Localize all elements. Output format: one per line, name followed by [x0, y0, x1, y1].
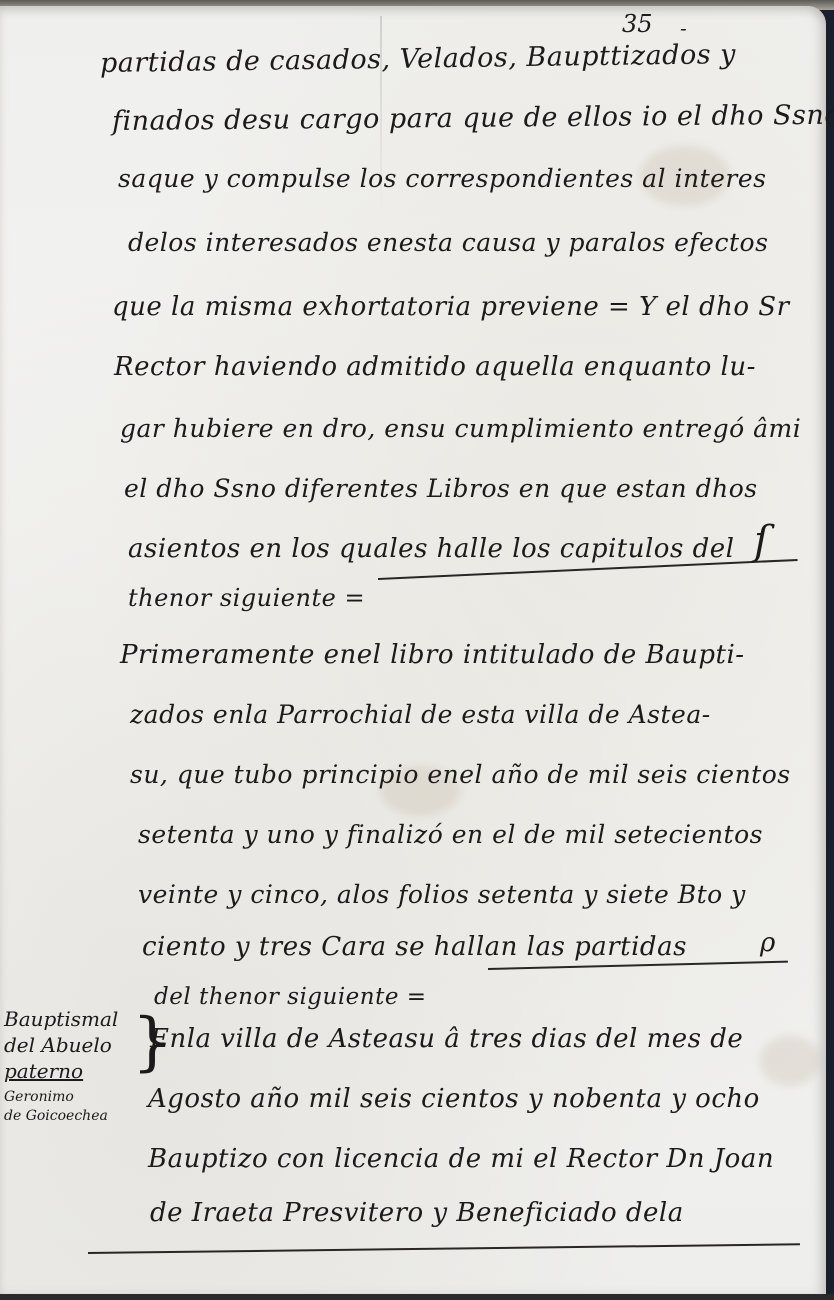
text-line-7: gar hubiere en dro, ensu cumplimiento en…	[120, 414, 801, 443]
page-bottom-edge	[0, 1294, 834, 1300]
text-line-11: Primeramente enel libro intitulado de Ba…	[120, 640, 745, 670]
text-line-14: setenta y uno y finalizó en el de mil se…	[138, 820, 763, 849]
margin-note-name: de Goicoechea	[4, 1107, 154, 1126]
text-line-15: veinte y cinco, alos folios setenta y si…	[138, 880, 746, 909]
text-line-19: Agosto año mil seis cientos y nobenta y …	[148, 1084, 760, 1114]
text-line-20: Bauptizo con licencia de mi el Rector Dn…	[148, 1144, 774, 1174]
folio-dash: -	[680, 16, 687, 40]
text-line-12: zados enla Parrochial de esta villa de A…	[130, 700, 711, 729]
text-line-2: finados desu cargo para que de ellos io …	[112, 100, 834, 137]
text-line-9: asientos en los quales halle los capitul…	[128, 534, 734, 564]
text-line-10: thenor siguiente =	[128, 584, 365, 612]
folio-number: 35	[622, 10, 653, 38]
text-line-21: de Iraeta Presvitero y Beneficiado dela	[150, 1198, 684, 1228]
text-line-4: delos interesados enesta causa y paralos…	[128, 228, 768, 257]
text-line-3: saque y compulse los correspondientes al…	[118, 164, 767, 193]
flourish-mark: ρ	[760, 928, 775, 958]
text-line-5: que la misma exhortatoria previene = Y e…	[112, 292, 790, 322]
text-line-17: del thenor siguiente =	[154, 984, 427, 1010]
text-line-16: ciento y tres Cara se hallan las partida…	[142, 932, 687, 962]
paper-stain	[760, 1036, 820, 1086]
flourish-mark: ſ	[754, 518, 769, 564]
text-line-18: Enla villa de Asteasu â tres dias del me…	[150, 1024, 743, 1054]
text-line-8: el dho Ssno diferentes Libros en que est…	[124, 474, 758, 503]
margin-note-name: Geronimo	[4, 1088, 154, 1107]
text-line-6: Rector haviendo admitido aquella enquant…	[114, 352, 756, 382]
text-line-13: su, que tubo principio enel año de mil s…	[130, 760, 791, 789]
